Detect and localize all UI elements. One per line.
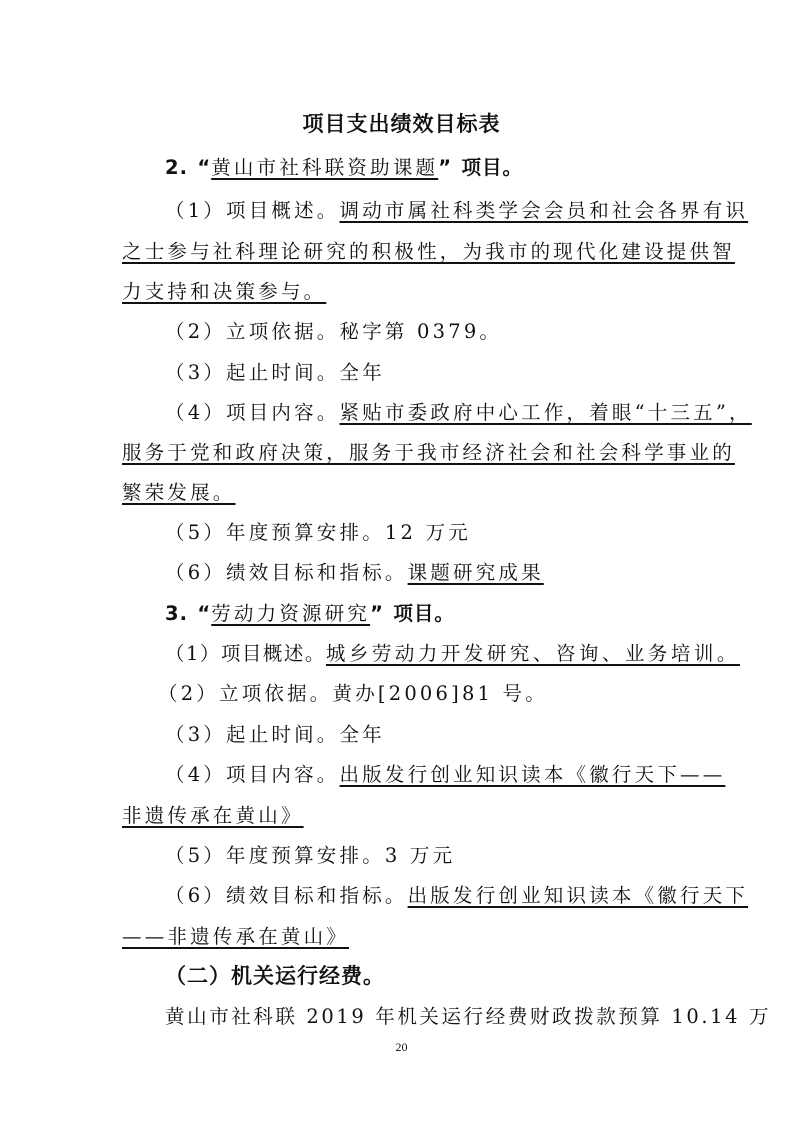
goal-text: ——非遗传承在黄山》 [122,925,349,948]
content-text: 非遗传承在黄山》 [122,804,304,827]
project3-heading-suffix: 项目。 [393,602,455,625]
project2-content-line3: 繁荣发展。 [122,480,708,506]
project3-name: 劳动力资源研究 [211,602,370,625]
content-text: 出版发行创业知识读本《徽行天下—— [340,763,726,786]
quote-open: “ [197,602,211,625]
project2-number: 2. [165,156,188,179]
quote-close: ” [438,156,452,179]
project3-overview: （1）项目概述。城乡劳动力开发研究、咨询、业务培训。 [165,641,708,667]
project3-basis: （2）立项依据。黄办[2006]81 号。 [158,681,744,707]
project3-heading: 3. “劳动力资源研究” 项目。 [165,601,708,627]
project2-heading: 2. “黄山市社科联资助课题” 项目。 [165,155,708,181]
overview-text: 力支持和决策参与。 [122,280,326,303]
section2-text: 黄山市社科联 2019 年机关运行经费财政拨款预算 10.14 万 [165,1004,708,1030]
project3-budget: （5）年度预算安排。3 万元 [165,843,708,869]
page-number: 20 [0,1040,803,1055]
section2-heading: （二）机关运行经费。 [165,963,708,989]
quote-close: ” [370,602,384,625]
project2-overview: （1）项目概述。调动市属社科类学会会员和社会各界有识 [165,198,708,224]
goal-label: （6）绩效目标和指标。 [165,561,408,584]
content-text: 服务于党和政府决策，服务于我市经济社会和社会科学事业的 [122,441,735,464]
page-title: 项目支出绩效目标表 [0,108,803,138]
content-text: 紧贴市委政府中心工作，着眼“十三五”， [340,401,752,424]
goal-text: 出版发行创业知识读本《徽行天下 [408,884,749,907]
project2-basis: （2）立项依据。秘字第 0379。 [165,319,708,345]
content-label: （4）项目内容。 [165,763,340,786]
project2-content: （4）项目内容。紧贴市委政府中心工作，着眼“十三五”， [165,400,708,426]
project2-name: 黄山市社科联资助课题 [211,156,438,179]
project2-content-line2: 服务于党和政府决策，服务于我市经济社会和社会科学事业的 [122,440,708,466]
project3-period: （3）起止时间。全年 [165,722,708,748]
project3-goal-line2: ——非遗传承在黄山》 [122,924,708,950]
project2-heading-suffix: 项目。 [461,156,523,179]
overview-text: 城乡劳动力开发研究、咨询、业务培训。 [326,642,740,665]
project2-overview-line3: 力支持和决策参与。 [122,279,708,305]
overview-text: 调动市属社科类学会会员和社会各界有识 [340,199,749,222]
project3-goal: （6）绩效目标和指标。出版发行创业知识读本《徽行天下 [165,883,708,909]
overview-label: （1）项目概述。 [165,642,326,665]
content-label: （4）项目内容。 [165,401,340,424]
overview-text: 之士参与社科理论研究的积极性，为我市的现代化建设提供智 [122,240,735,263]
project2-period: （3）起止时间。全年 [165,360,708,386]
project2-overview-line2: 之士参与社科理论研究的积极性，为我市的现代化建设提供智 [122,239,708,265]
goal-label: （6）绩效目标和指标。 [165,884,408,907]
project2-goal: （6）绩效目标和指标。课题研究成果 [165,560,708,586]
goal-text: 课题研究成果 [408,561,544,584]
content-text: 繁荣发展。 [122,481,236,504]
project2-budget: （5）年度预算安排。12 万元 [165,520,708,546]
project3-content-line2: 非遗传承在黄山》 [122,803,708,829]
overview-label: （1）项目概述。 [165,199,340,222]
project3-content: （4）项目内容。出版发行创业知识读本《徽行天下—— [165,762,708,788]
quote-open: “ [197,156,211,179]
project3-number: 3. [165,602,188,625]
